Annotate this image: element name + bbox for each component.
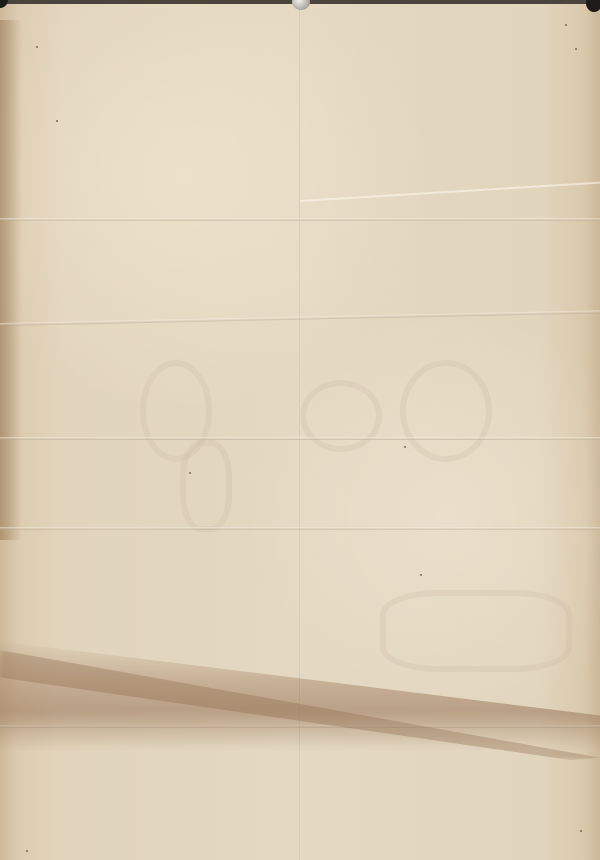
- show-through-shape: [300, 380, 382, 452]
- show-through-shape: [380, 590, 572, 672]
- speck: [575, 48, 577, 50]
- speck: [26, 850, 28, 852]
- speck: [404, 446, 406, 448]
- horizontal-fold-crease: [0, 527, 600, 530]
- speck: [565, 24, 567, 26]
- horizontal-fold-crease: [0, 437, 600, 440]
- show-through-shape: [400, 360, 492, 462]
- speck: [36, 46, 38, 48]
- speck: [580, 830, 582, 832]
- left-edge-stain: [0, 20, 22, 540]
- poster-back-photo: [0, 0, 600, 860]
- speck: [420, 574, 422, 576]
- speck: [189, 472, 191, 474]
- speck: [56, 120, 58, 122]
- show-through-shape: [180, 440, 232, 532]
- horizontal-fold-crease: [0, 218, 600, 221]
